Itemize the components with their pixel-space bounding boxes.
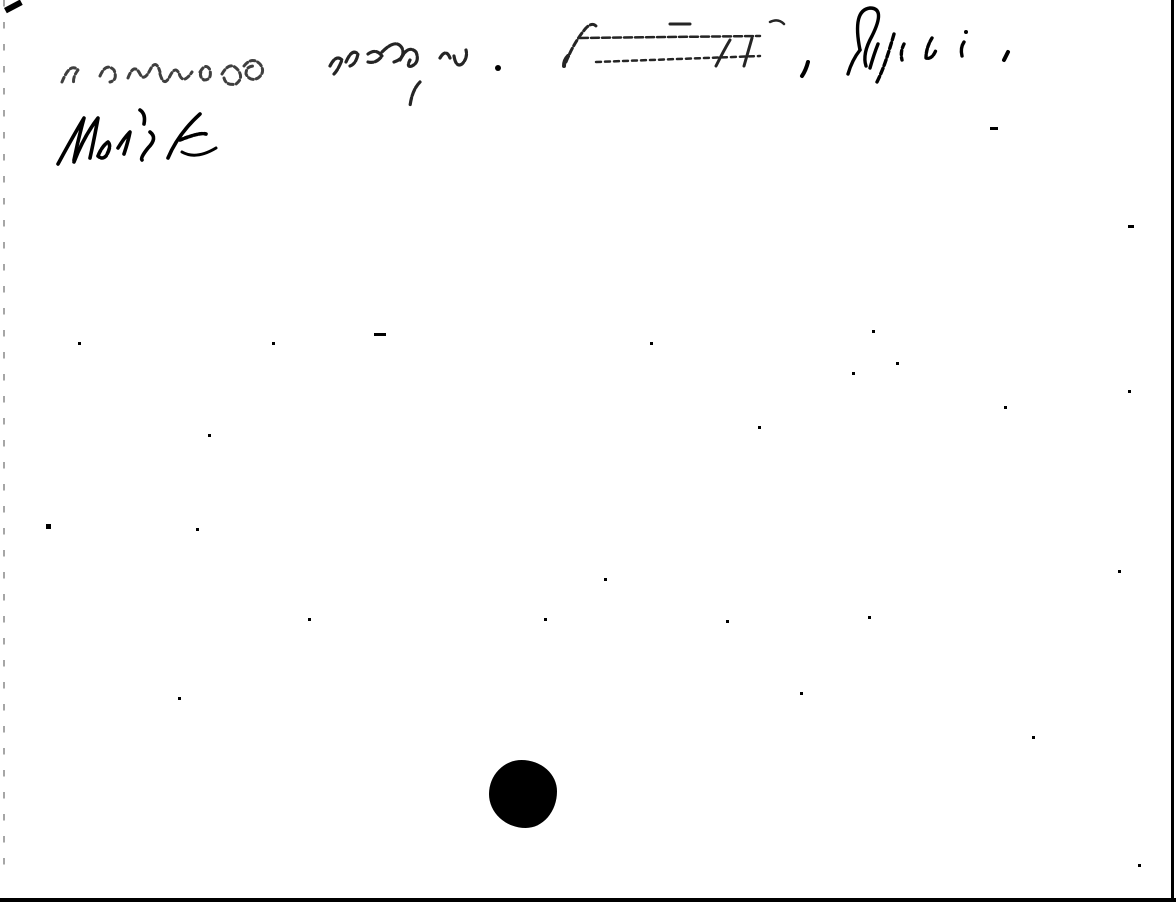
noise-speck	[178, 697, 181, 700]
noise-speck	[308, 618, 311, 621]
noise-speck	[1004, 406, 1007, 409]
line1-struck-word	[564, 20, 784, 66]
noise-speck	[1128, 225, 1134, 228]
noise-speck	[1032, 736, 1035, 739]
noise-speck	[196, 528, 199, 531]
noise-speck	[868, 616, 871, 619]
noise-speck	[1128, 390, 1131, 393]
comma-mark	[802, 62, 808, 76]
noise-speck	[46, 524, 51, 529]
index-card: Ужинско нгэн. [зачеркнуто], Зуро. Марк	[0, 0, 1176, 904]
noise-speck	[852, 372, 855, 375]
line1-word2	[330, 44, 467, 106]
noise-speck	[604, 578, 607, 581]
noise-speck	[726, 620, 729, 623]
noise-speck	[872, 330, 875, 333]
noise-speck	[544, 618, 547, 621]
noise-speck	[78, 342, 81, 345]
line1-word1	[62, 60, 263, 84]
noise-speck	[374, 333, 386, 336]
noise-speck	[1118, 570, 1121, 573]
noise-speck	[272, 342, 275, 345]
handwriting-strokes	[0, 0, 1176, 200]
line1-word3	[848, 8, 1008, 84]
period-mark	[495, 65, 501, 71]
card-bottom-edge	[0, 898, 1176, 902]
noise-speck	[650, 342, 653, 345]
noise-speck	[1138, 864, 1141, 867]
ink-blot	[489, 760, 557, 828]
line2-word1	[58, 110, 216, 164]
noise-speck	[800, 692, 803, 695]
noise-speck	[758, 426, 761, 429]
noise-speck	[990, 127, 998, 130]
noise-speck	[208, 434, 211, 437]
noise-speck	[896, 362, 899, 365]
